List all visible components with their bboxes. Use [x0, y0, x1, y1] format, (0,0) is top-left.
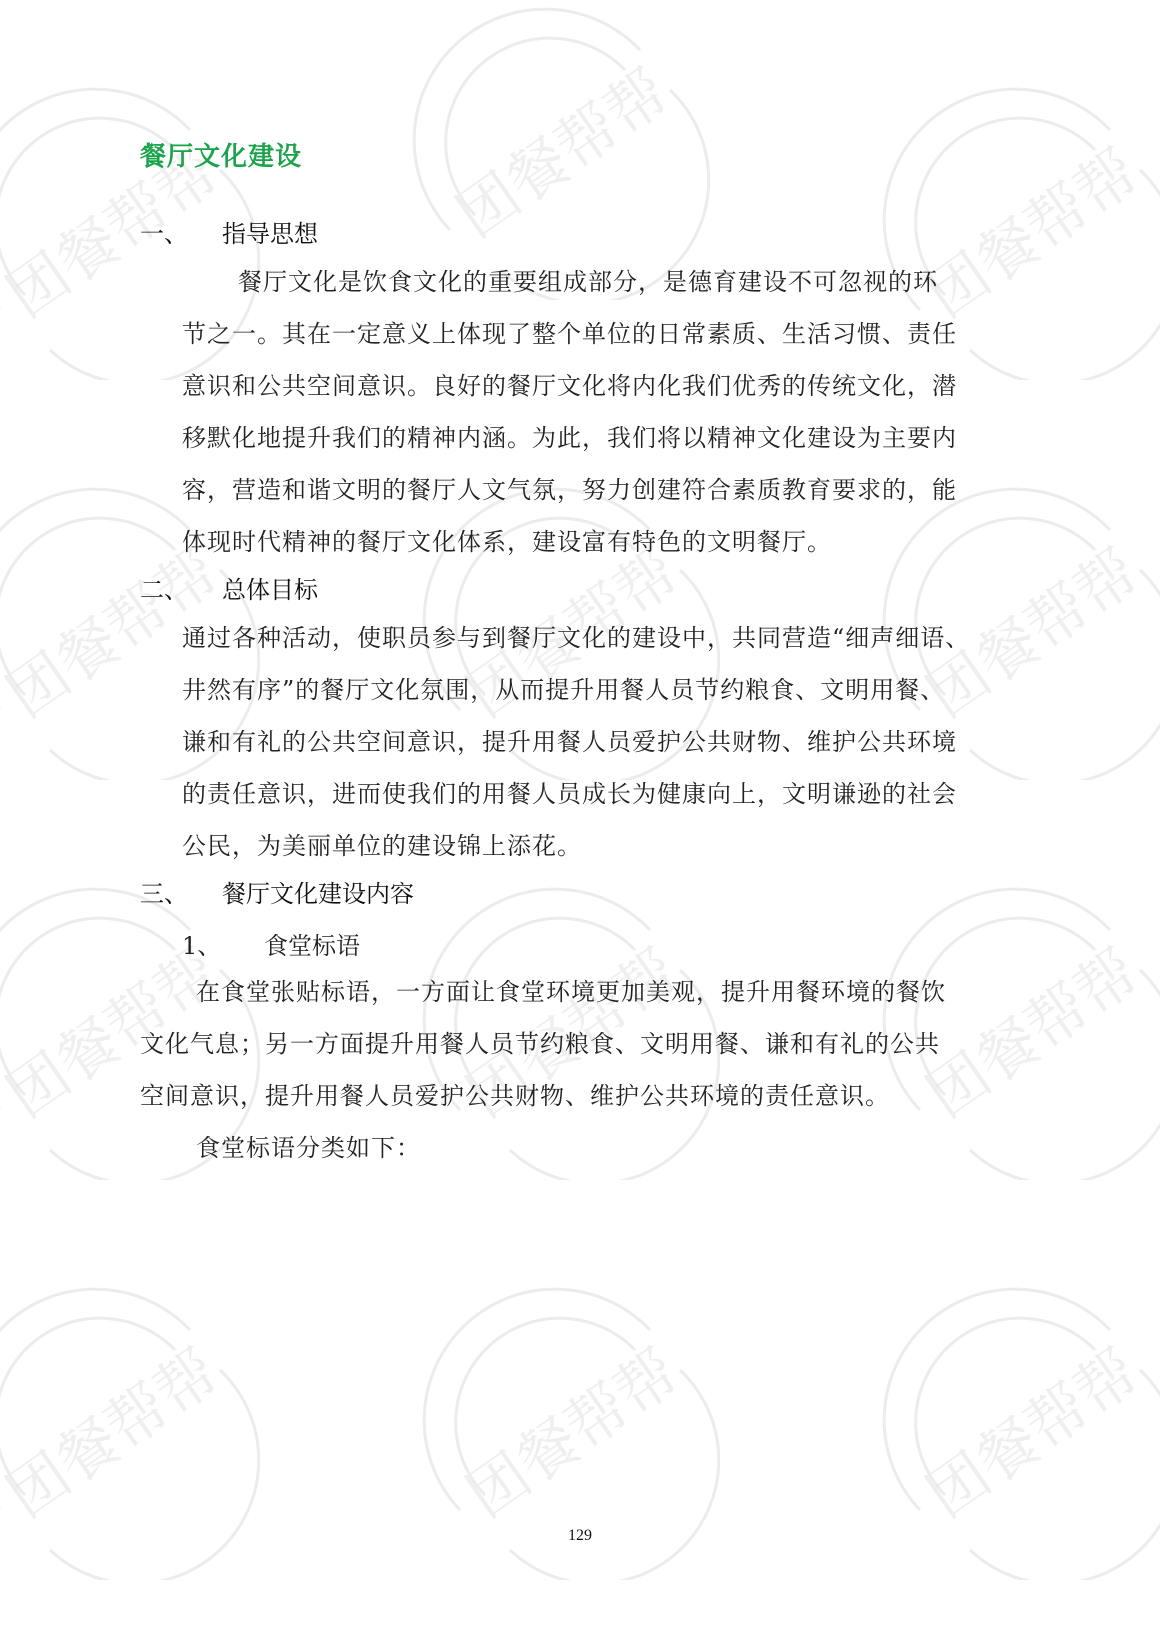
page-number: 129 — [0, 1527, 1160, 1545]
paragraph-line: 移默化地提升我们的精神内涵。为此，我们将以精神文化建设为主要内 — [182, 412, 957, 464]
paragraph-line: 通过各种活动，使职员参与到餐厅文化的建设中，共同营造“细声细语、 — [182, 612, 970, 664]
document-title: 餐厅文化建设 — [140, 136, 302, 173]
section-paragraph-1: 餐厅文化是饮食文化的重要组成部分，是德育建设不可忽视的环 节之一。其在一定意义上… — [182, 256, 957, 568]
section-title: 总体目标 — [222, 576, 318, 604]
subsection-heading-1: 1、食堂标语 — [182, 926, 360, 961]
paragraph-line: 在食堂张贴标语，一方面让食堂环境更加美观，提升用餐环境的餐饮 — [140, 966, 946, 1018]
section-title: 指导思想 — [222, 220, 318, 248]
paragraph-line: 餐厅文化是饮食文化的重要组成部分，是德育建设不可忽视的环 — [182, 256, 957, 308]
paragraph-line: 体现时代精神的餐厅文化体系，建设富有特色的文明餐厅。 — [182, 516, 957, 568]
paragraph-line: 井然有序”的餐厅文化氛围，从而提升用餐人员节约粮食、文明用餐、 — [182, 664, 970, 716]
paragraph-line: 文化气息；另一方面提升用餐人员节约粮食、文明用餐、谦和有礼的公共 — [140, 1018, 946, 1070]
section-heading-1: 一、指导思想 — [140, 214, 318, 249]
paragraph-line: 食堂标语分类如下： — [140, 1122, 946, 1174]
section-paragraph-2: 通过各种活动，使职员参与到餐厅文化的建设中，共同营造“细声细语、 井然有序”的餐… — [182, 612, 970, 872]
paragraph-line: 谦和有礼的公共空间意识，提升用餐人员爱护公共财物、维护公共环境 — [182, 716, 970, 768]
section-number: 一、 — [140, 214, 222, 249]
subsection-title: 食堂标语 — [264, 932, 360, 960]
paragraph-line: 公民，为美丽单位的建设锦上添花。 — [182, 820, 970, 872]
section-title: 餐厅文化建设内容 — [222, 880, 414, 908]
paragraph-line: 意识和公共空间意识。良好的餐厅文化将内化我们优秀的传统文化，潜 — [182, 360, 957, 412]
document-page: 餐厅文化建设 一、指导思想 餐厅文化是饮食文化的重要组成部分，是德育建设不可忽视… — [0, 0, 1160, 1641]
section-heading-2: 二、总体目标 — [140, 570, 318, 605]
section-number: 二、 — [140, 570, 222, 605]
paragraph-line: 节之一。其在一定意义上体现了整个单位的日常素质、生活习惯、责任 — [182, 308, 957, 360]
section-number: 三、 — [140, 874, 222, 909]
subsection-paragraph-1: 在食堂张贴标语，一方面让食堂环境更加美观，提升用餐环境的餐饮 文化气息；另一方面… — [140, 966, 946, 1174]
paragraph-line: 空间意识，提升用餐人员爱护公共财物、维护公共环境的责任意识。 — [140, 1070, 946, 1122]
subsection-number: 1、 — [182, 926, 264, 961]
paragraph-line: 容，营造和谐文明的餐厅人文气氛，努力创建符合素质教育要求的，能 — [182, 464, 957, 516]
paragraph-line: 的责任意识，进而使我们的用餐人员成长为健康向上，文明谦逊的社会 — [182, 768, 970, 820]
section-heading-3: 三、餐厅文化建设内容 — [140, 874, 414, 909]
